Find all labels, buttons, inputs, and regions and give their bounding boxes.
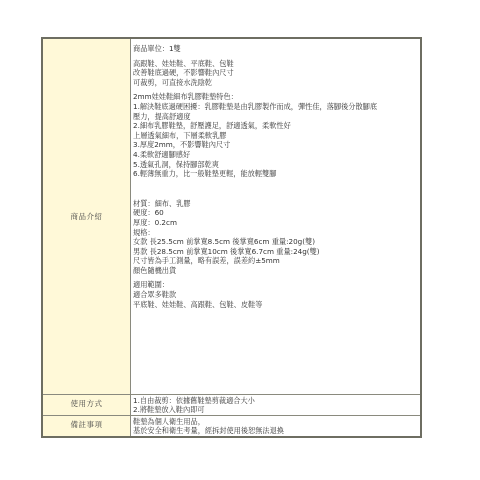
text-line: 2.將鞋墊放入鞋內即可 [133, 405, 418, 415]
row-product-intro: 商品介紹 商品單位：1雙 高跟鞋、娃娃鞋、平底鞋、包鞋 改善鞋底過硬，不影響鞋內… [42, 38, 421, 394]
para-summary: 高跟鞋、娃娃鞋、平底鞋、包鞋 改善鞋底過硬，不影響鞋內尺寸 可裁剪，可直接水洗陰… [133, 59, 418, 88]
text-line: 4.柔軟舒適腳感好 [133, 150, 418, 160]
text-line: 顏色隨機出貨 [133, 266, 418, 276]
content-notes: 鞋墊為個人衛生用品， 基於安全和衛生考量，經拆封使用後恕無法退換 [131, 415, 422, 437]
product-spec-table: 商品介紹 商品單位：1雙 高跟鞋、娃娃鞋、平底鞋、包鞋 改善鞋底過硬，不影響鞋內… [41, 37, 422, 438]
text-line: 硬度：60 [133, 208, 418, 218]
text-line: 3.厚度2mm，不影響鞋內尺寸 [133, 140, 418, 150]
text-line: 規格： [133, 228, 418, 238]
content-product-intro: 商品單位：1雙 高跟鞋、娃娃鞋、平底鞋、包鞋 改善鞋底過硬，不影響鞋內尺寸 可裁… [131, 38, 422, 394]
row-usage: 使用方式 1.自由裁剪：依據舊鞋墊剪裁適合大小 2.將鞋墊放入鞋內即可 [42, 394, 421, 415]
text-line: 適合眾多鞋款 [133, 290, 418, 300]
text-line: 厚度：0.2cm [133, 218, 418, 228]
text-line: 6.輕薄無重力，比一般鞋墊更輕，能放輕雙腳 [133, 169, 418, 179]
text-line: 1.解決鞋底過硬困擾：乳膠鞋墊是由乳膠製作而成，彈性佳，落腳後分散腳底 [133, 102, 418, 112]
text-line: 2.細布乳膠鞋墊，舒壓護足，舒適透氣，柔軟性好 [133, 121, 418, 131]
label-product-intro: 商品介紹 [42, 38, 131, 394]
text-line: 適用範圍： [133, 280, 418, 290]
text-line: 鞋墊為個人衛生用品， [133, 417, 418, 427]
para-features: 2mm娃娃鞋細布乳膠鞋墊特色： 1.解決鞋底過硬困擾：乳膠鞋墊是由乳膠製作而成，… [133, 92, 418, 178]
text-line: 5.透氣孔洞，保持腳部乾爽 [133, 160, 418, 170]
row-notes: 備註事項 鞋墊為個人衛生用品， 基於安全和衛生考量，經拆封使用後恕無法退換 [42, 415, 421, 437]
text-line: 2mm娃娃鞋細布乳膠鞋墊特色： [133, 92, 418, 102]
label-usage: 使用方式 [42, 394, 131, 415]
text-line: 1.自由裁剪：依據舊鞋墊剪裁適合大小 [133, 396, 418, 406]
text-line: 平底鞋、娃娃鞋、高跟鞋、包鞋、皮鞋等 [133, 300, 418, 310]
text-line: 尺寸皆為手工測量，略有誤差，誤差約±5mm [133, 256, 418, 266]
text-line: 改善鞋底過硬，不影響鞋內尺寸 [133, 68, 418, 78]
para-applicable: 適用範圍： 適合眾多鞋款 平底鞋、娃娃鞋、高跟鞋、包鞋、皮鞋等 [133, 280, 418, 309]
text-line: 商品單位：1雙 [133, 44, 418, 54]
para-specs: 材質：細布、乳膠 硬度：60 厚度：0.2cm 規格： 女款 長25.5cm 前… [133, 199, 418, 276]
text-line: 男款 長28.5cm 前掌寬10cm 後掌寬6.7cm 重量:24g(雙) [133, 247, 418, 257]
text-line: 基於安全和衛生考量，經拆封使用後恕無法退換 [133, 426, 418, 436]
text-line: 高跟鞋、娃娃鞋、平底鞋、包鞋 [133, 59, 418, 69]
text-line: 女款 長25.5cm 前掌寬8.5cm 後掌寬6cm 重量:20g(雙) [133, 237, 418, 247]
content-usage: 1.自由裁剪：依據舊鞋墊剪裁適合大小 2.將鞋墊放入鞋內即可 [131, 394, 422, 415]
para-unit: 商品單位：1雙 [133, 44, 418, 54]
text-line: 上層透氣細布，下層柔軟乳膠 [133, 131, 418, 141]
text-line: 壓力，提高舒適度 [133, 112, 418, 122]
spacer [133, 184, 418, 194]
text-line: 可裁剪，可直接水洗陰乾 [133, 78, 418, 88]
label-notes: 備註事項 [42, 415, 131, 437]
text-line: 材質：細布、乳膠 [133, 199, 418, 209]
